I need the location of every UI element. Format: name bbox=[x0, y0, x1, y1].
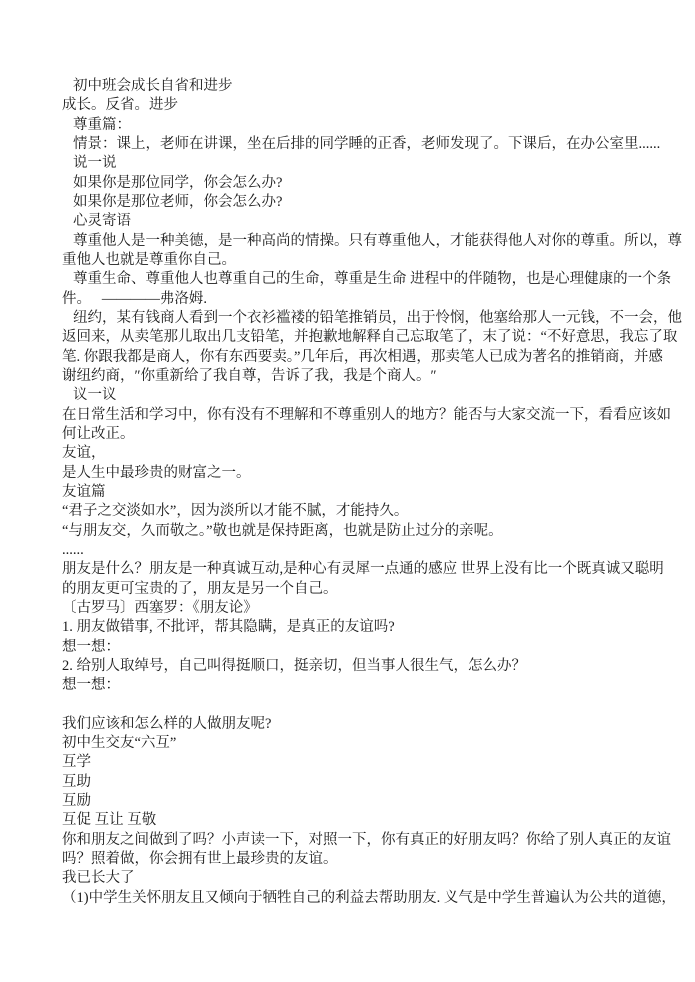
text-line: 想一想： bbox=[62, 638, 637, 657]
text-line: “君子之交淡如水”，因为淡所以才能不腻，才能持久。 bbox=[62, 502, 637, 521]
text-line: 说一说 bbox=[62, 154, 637, 173]
text-line: 互励 bbox=[62, 792, 637, 811]
text-line: 你和朋友之间做到了吗？小声读一下，对照一下，你有真正的好朋友吗？你给了别人真正的… bbox=[62, 831, 637, 850]
text-line: 友谊篇 bbox=[62, 483, 637, 502]
text-line: 互学 bbox=[62, 753, 637, 772]
text-line: 〔古罗马〕西塞罗：《朋友论》 bbox=[62, 599, 637, 618]
text-line: 的朋友更可宝贵的了，朋友是另一个自己。 bbox=[62, 580, 637, 599]
text-line: 笔. 你跟我都是商人，你有东西要卖。”几年后，再次相遇，那卖笔人已成为著名的推销… bbox=[62, 348, 637, 367]
text-line: 议一议 bbox=[62, 386, 637, 405]
text-line: 互促 互让 互敬 bbox=[62, 811, 637, 830]
text-line: 1. 朋友做错事, 不批评，帮其隐瞒，是真正的友谊吗? bbox=[62, 618, 637, 637]
text-line: 在日常生活和学习中，你有没有不理解和不尊重别人的地方？能否与大家交流一下，看看应… bbox=[62, 406, 637, 425]
text-line: 尊重他人是一种美德，是一种高尚的情操。只有尊重他人，才能获得他人对你的尊重。所以… bbox=[62, 232, 637, 251]
text-line: 尊重篇： bbox=[62, 116, 637, 135]
text-line: 是人生中最珍贵的财富之一。 bbox=[62, 464, 637, 483]
document-page: 初中班会成长自省和进步成长。反省。进步尊重篇：情景：课上，老师在讲课，坐在后排的… bbox=[0, 0, 695, 982]
text-line: ...... bbox=[62, 541, 637, 560]
text-line: 件。 ————弗洛姆. bbox=[62, 290, 637, 309]
text-line: 我已长大了 bbox=[62, 869, 637, 888]
text-line: “与朋友交，久而敬之。”敬也就是保持距离，也就是防止过分的亲呢。 bbox=[62, 522, 637, 541]
text-line: 我们应该和怎么样的人做朋友呢? bbox=[62, 715, 637, 734]
text-line: 初中班会成长自省和进步 bbox=[62, 77, 637, 96]
text-line: 友谊， bbox=[62, 444, 637, 463]
text-line: 朋友是什么？朋友是一种真诚互动,是种心有灵犀一点通的感应 世界上没有比一个既真诚… bbox=[62, 560, 637, 579]
text-line: 尊重生命、尊重他人也尊重自己的生命，尊重是生命 进程中的伴随物，也是心理健康的一… bbox=[62, 270, 637, 289]
text-line: 初中生交友“六互” bbox=[62, 734, 637, 753]
text-line: 谢纽约商，″你重新给了我自尊，告诉了我，我是个商人。″ bbox=[62, 367, 637, 386]
text-line: 成长。反省。进步 bbox=[62, 96, 637, 115]
blank-line bbox=[62, 696, 637, 715]
text-line: 纽约，某有钱商人看到一个衣衫褴褛的铅笔推销员，出于怜悯，他塞给那人一元钱，不一会… bbox=[62, 309, 637, 328]
text-line: 互助 bbox=[62, 773, 637, 792]
text-line: 想一想： bbox=[62, 676, 637, 695]
text-line: 心灵寄语 bbox=[62, 212, 637, 231]
text-line: （1)中学生关怀朋友且又倾向于牺牲自己的利益去帮助朋友. 义气是中学生普遍认为公… bbox=[62, 889, 637, 908]
text-line: 2. 给别人取绰号，自己叫得挺顺口，挺亲切，但当事人很生气，怎么办？ bbox=[62, 657, 637, 676]
text-line: 如果你是那位老师，你会怎么办? bbox=[62, 193, 637, 212]
text-line: 情景：课上，老师在讲课，坐在后排的同学睡的正香，老师发现了。下课后，在办公室里.… bbox=[62, 135, 637, 154]
text-line: 如果你是那位同学，你会怎么办? bbox=[62, 174, 637, 193]
text-line: 重他人也就是尊重你自己。 bbox=[62, 251, 637, 270]
text-line: 返回来，从卖笔那儿取出几支铅笔，并抱歉地解释自己忘取笔了，末了说：“不好意思，我… bbox=[62, 328, 637, 347]
text-line: 何让改正。 bbox=[62, 425, 637, 444]
text-line: 吗？照着做，你会拥有世上最珍贵的友谊。 bbox=[62, 850, 637, 869]
document-body: 初中班会成长自省和进步成长。反省。进步尊重篇：情景：课上，老师在讲课，坐在后排的… bbox=[62, 77, 637, 908]
